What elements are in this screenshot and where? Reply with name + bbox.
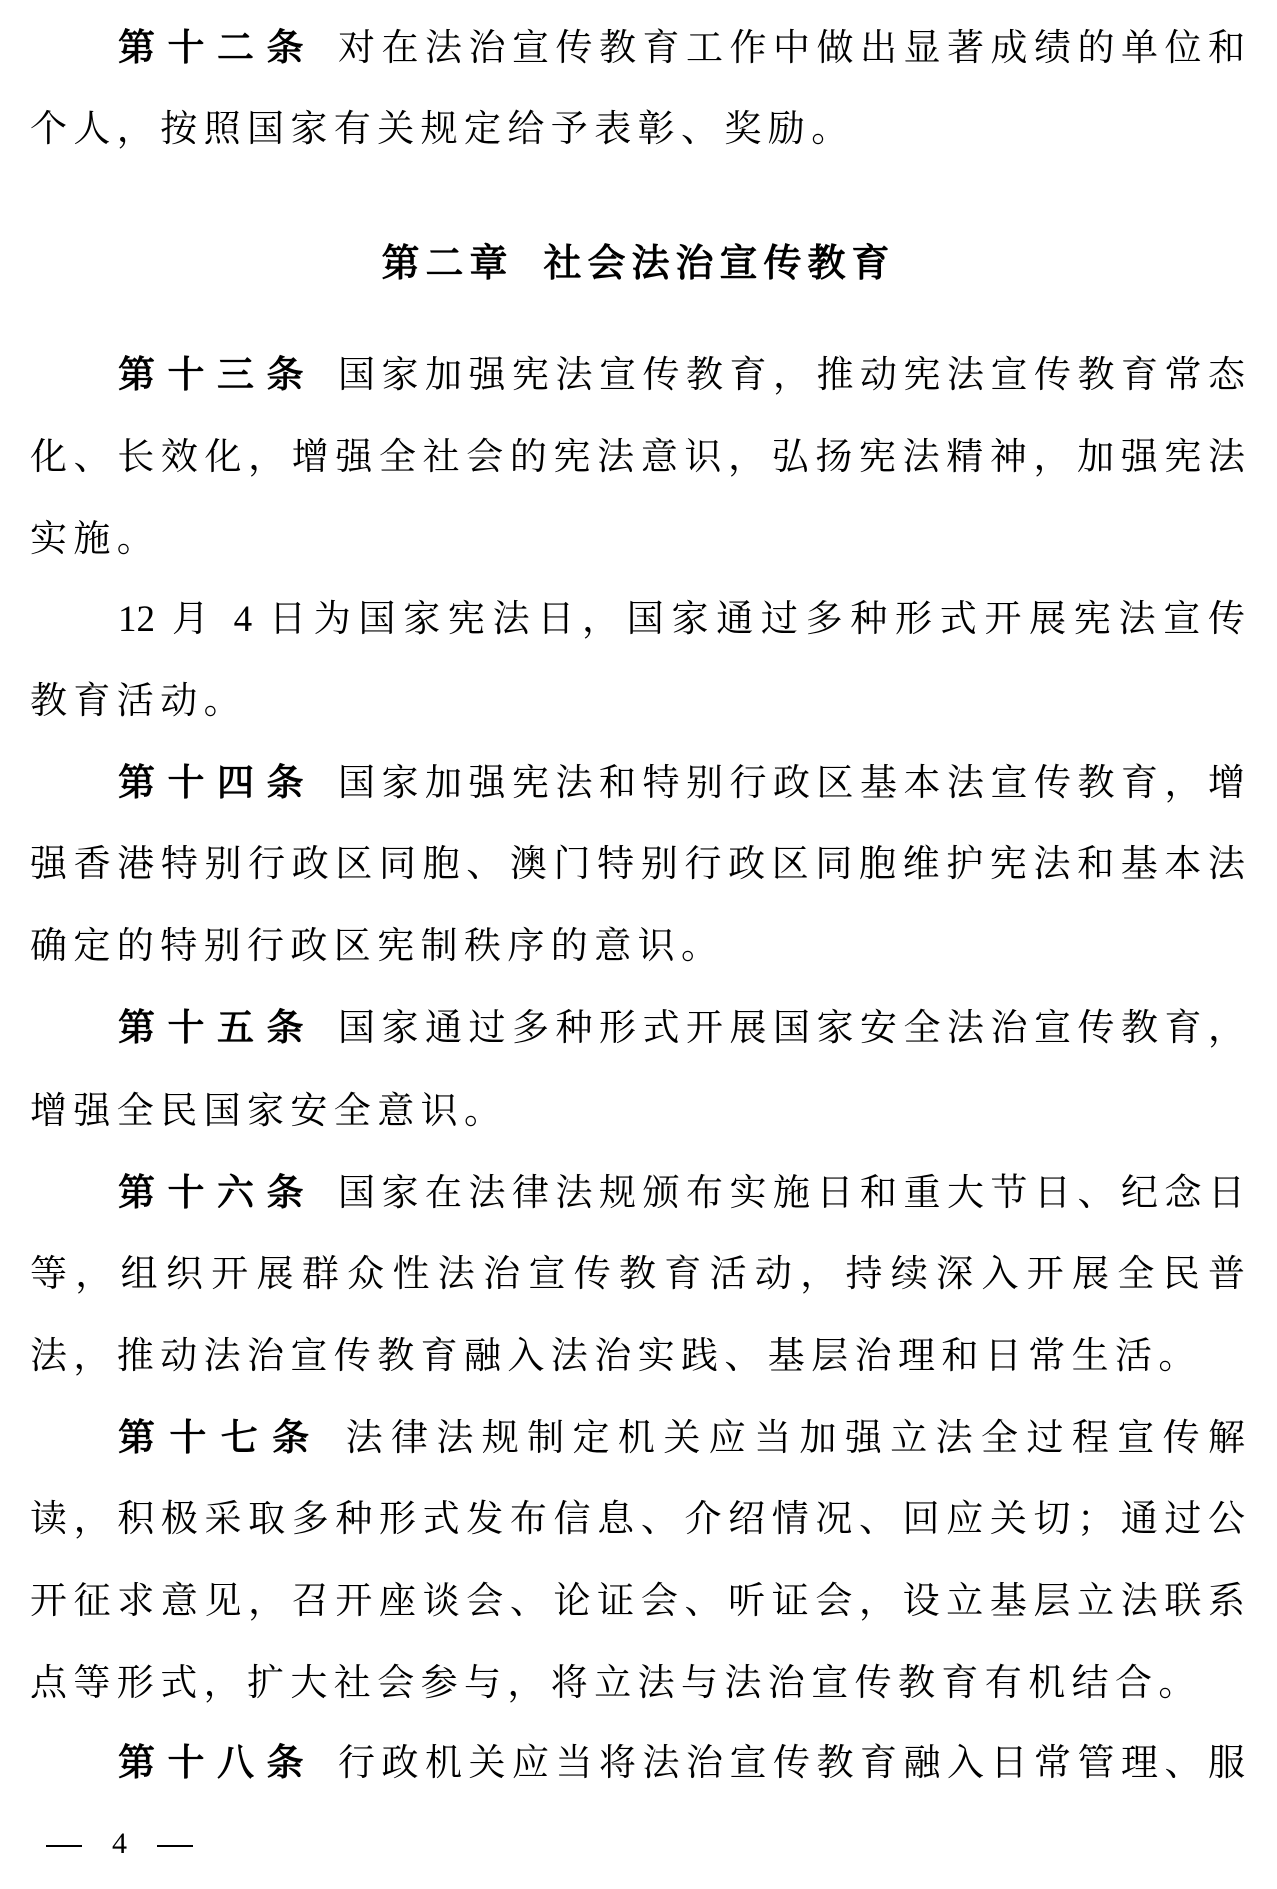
chapter-heading: 第二章社会法治宣传教育 [0,222,1277,304]
article-text: 国家加强宪法宣传教育，推动宪法宣传教育常态 [338,355,1245,396]
article-label: 第十六条 [118,1171,316,1214]
article-label: 第十五条 [118,1006,316,1049]
article-13-line-3: 实施。 [30,499,1245,581]
article-14-line-1: 第十四条国家加强宪法和特别行政区基本法宣传教育，增 [30,742,1245,824]
article-12-line-2: 个人，按照国家有关规定给予表彰、奖励。 [30,89,1245,171]
chapter-title: 社会法治宣传教育 [544,241,896,285]
article-text: 行政机关应当将法治宣传教育融入日常管理、服 [338,1743,1245,1784]
article-label: 第十三条 [118,353,316,396]
article-16-line-1: 第十六条国家在法律法规颁布实施日和重大节日、纪念日 [30,1152,1245,1234]
page-number-value: 4 [112,1822,127,1866]
article-text: 国家通过多种形式开展国家安全法治宣传教育， [338,1008,1245,1049]
article-15-line-2: 增强全民国家安全意识。 [30,1071,1245,1153]
article-13-line-1: 第十三条国家加强宪法宣传教育，推动宪法宣传教育常态 [30,334,1245,416]
article-12-line-1: 第十二条对在法治宣传教育工作中做出显著成绩的单位和 [30,7,1245,89]
article-17-line-3: 开征求意见，召开座谈会、论证会、听证会，设立基层立法联系 [30,1561,1245,1643]
article-17-line-4: 点等形式，扩大社会参与，将立法与法治宣传教育有机结合。 [30,1643,1245,1725]
dash-left [46,1845,82,1847]
article-label: 第十二条 [118,26,316,69]
dash-right [157,1845,193,1847]
page-number: 4 [46,1822,193,1866]
article-17-line-1: 第十七条法律法规制定机关应当加强立法全过程宣传解 [30,1397,1245,1479]
article-17-line-2: 读，积极采取多种形式发布信息、介绍情况、回应关切；通过公 [30,1479,1245,1561]
article-label: 第十四条 [118,761,316,804]
article-18-line-1: 第十八条行政机关应当将法治宣传教育融入日常管理、服 [30,1722,1245,1804]
article-text: 国家加强宪法和特别行政区基本法宣传教育，增 [338,763,1245,804]
chapter-number: 第二章 [381,241,513,285]
article-15-line-1: 第十五条国家通过多种形式开展国家安全法治宣传教育， [30,987,1245,1069]
article-13-para-2-line-1: 12 月 4 日为国家宪法日，国家通过多种形式开展宪法宣传 [30,579,1245,661]
article-14-line-2: 强香港特别行政区同胞、澳门特别行政区同胞维护宪法和基本法 [30,824,1245,906]
document-page: 第十二条对在法治宣传教育工作中做出显著成绩的单位和 个人，按照国家有关规定给予表… [0,0,1277,1889]
article-text: 法律法规制定机关应当加强立法全过程宣传解 [346,1418,1245,1459]
article-14-line-3: 确定的特别行政区宪制秩序的意识。 [30,906,1245,988]
article-label: 第十七条 [118,1416,324,1459]
article-16-line-3: 法，推动法治宣传教育融入法治实践、基层治理和日常生活。 [30,1316,1245,1398]
article-13-para-2-line-2: 教育活动。 [30,661,1245,743]
article-16-line-2: 等，组织开展群众性法治宣传教育活动，持续深入开展全民普 [30,1234,1245,1316]
article-text: 国家在法律法规颁布实施日和重大节日、纪念日 [338,1173,1245,1214]
article-13-line-2: 化、长效化，增强全社会的宪法意识，弘扬宪法精神，加强宪法 [30,417,1245,499]
article-text: 对在法治宣传教育工作中做出显著成绩的单位和 [338,28,1245,69]
article-label: 第十八条 [118,1741,316,1784]
